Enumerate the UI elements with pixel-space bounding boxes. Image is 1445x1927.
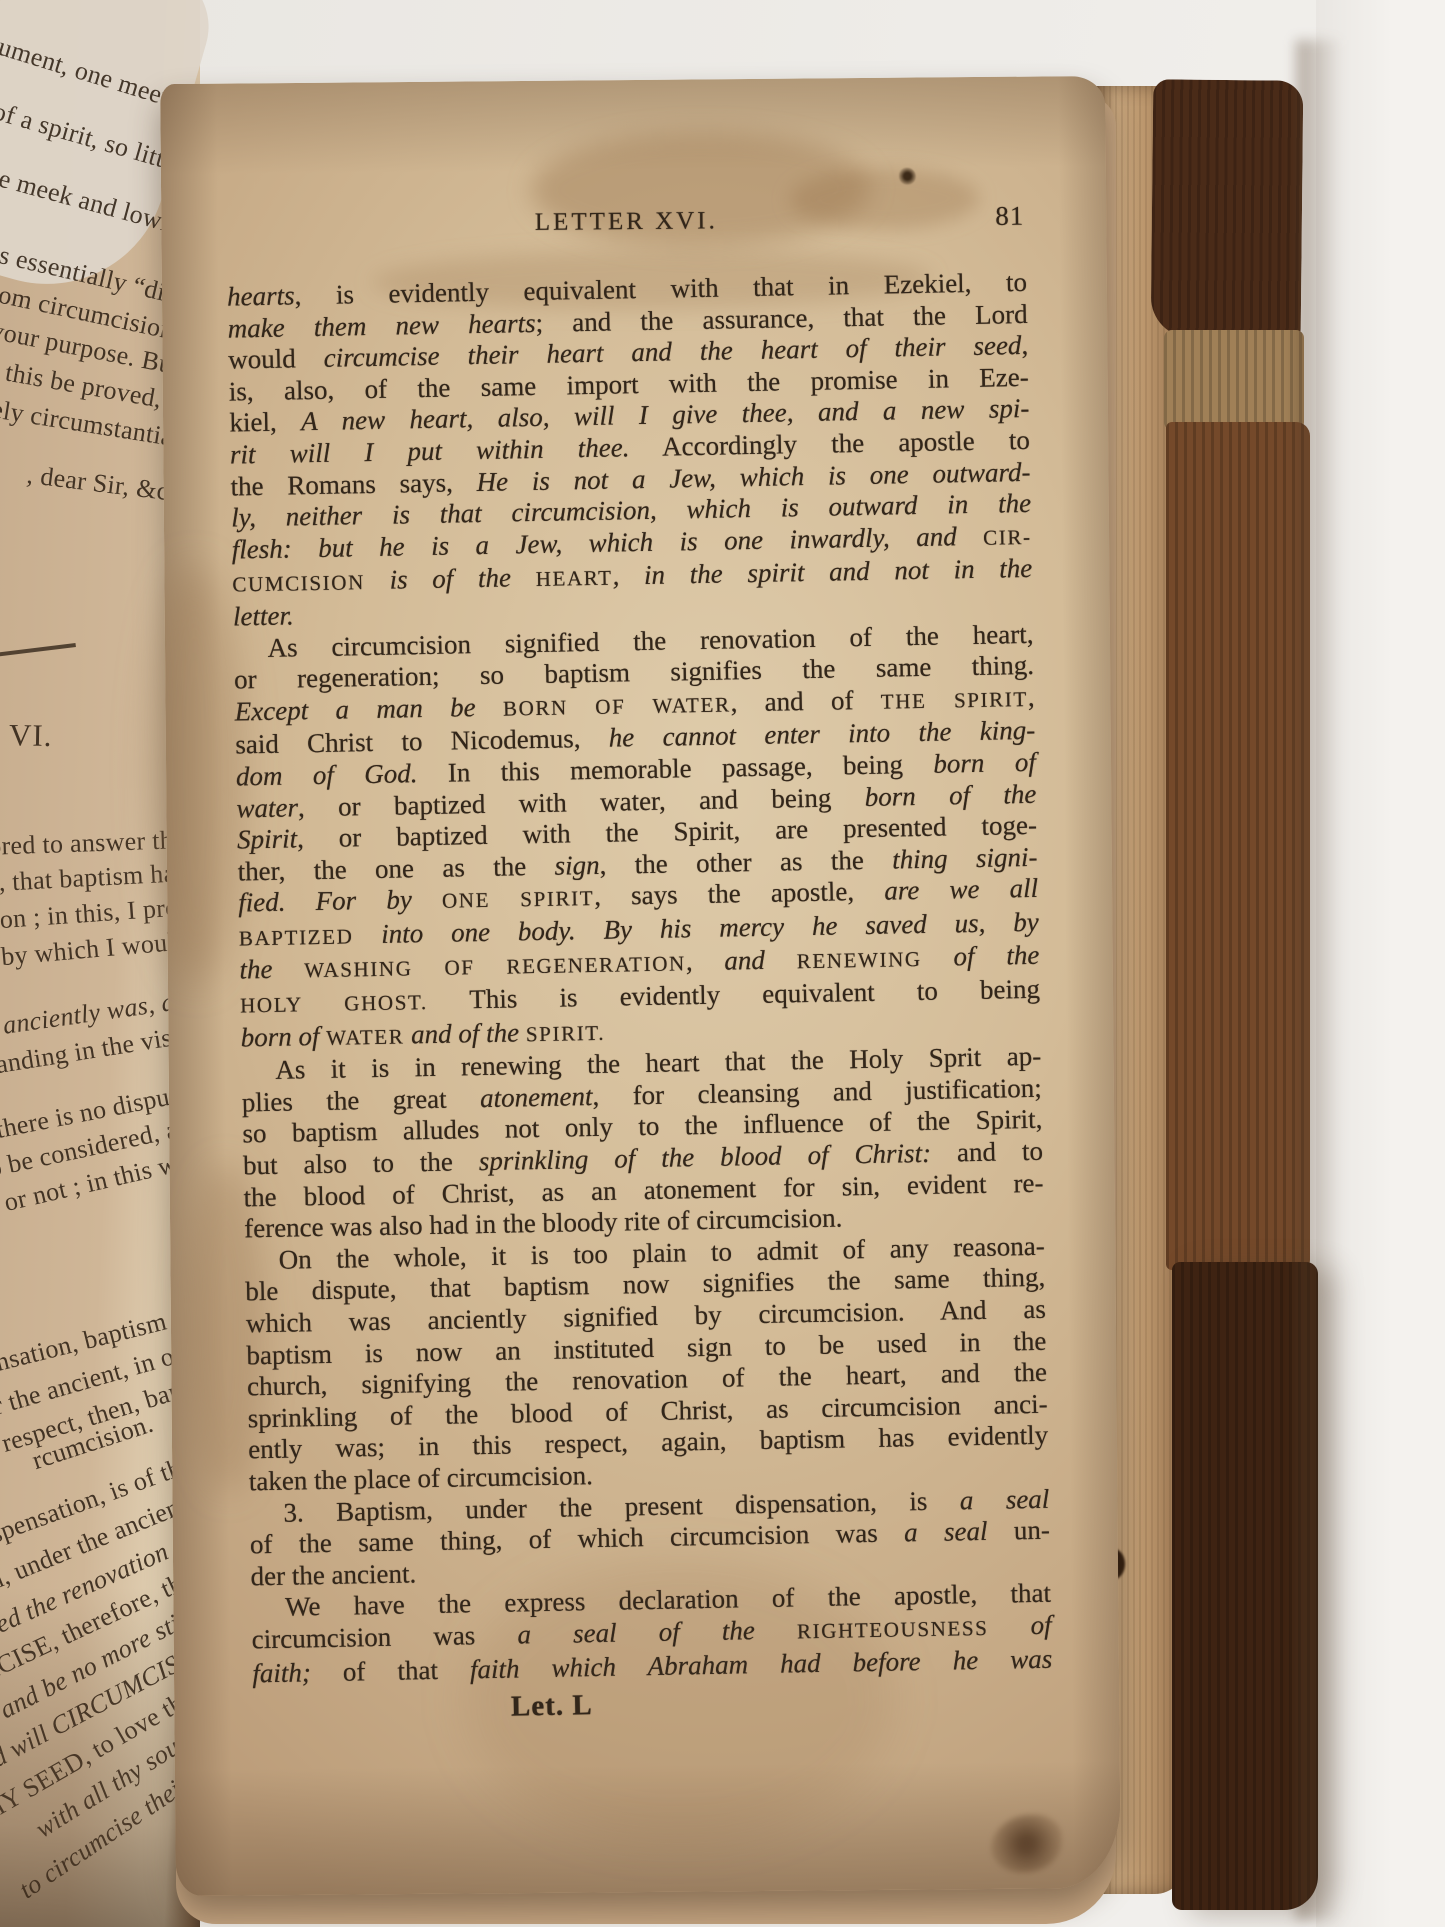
left-page-shadow (0, 1587, 200, 1927)
left-page-text-fragment: , dear Sir, &c. (25, 460, 177, 508)
ink-blotch (991, 1814, 1062, 1873)
left-page-text-fragment: VI. (8, 717, 52, 754)
left-page-text-fragment: ts, by which I would (0, 926, 189, 975)
page-title: LETTER XVI. (226, 205, 1026, 240)
book-page: LETTER XVI. 81 hearts, is evidently equi… (160, 76, 1121, 1896)
ink-spot (899, 168, 916, 185)
book-shadow (1296, 40, 1342, 1920)
spine-leather-worn-gap (1164, 330, 1304, 430)
page-number: 81 (995, 201, 1024, 232)
page-text: hearts, is evidently equivalent with tha… (227, 267, 1053, 1728)
left-page-text-fragment: avored to answer the (0, 825, 186, 863)
book-photo: argument, one meets,of a spirit, so litt… (0, 0, 1445, 1927)
spine-leather-top (1151, 79, 1304, 339)
left-page-rule (0, 643, 76, 657)
page-header: LETTER XVI. 81 (226, 205, 1026, 240)
catchword-signature: Let. L (253, 1682, 1053, 1728)
spine-leather-middle (1166, 422, 1310, 1270)
